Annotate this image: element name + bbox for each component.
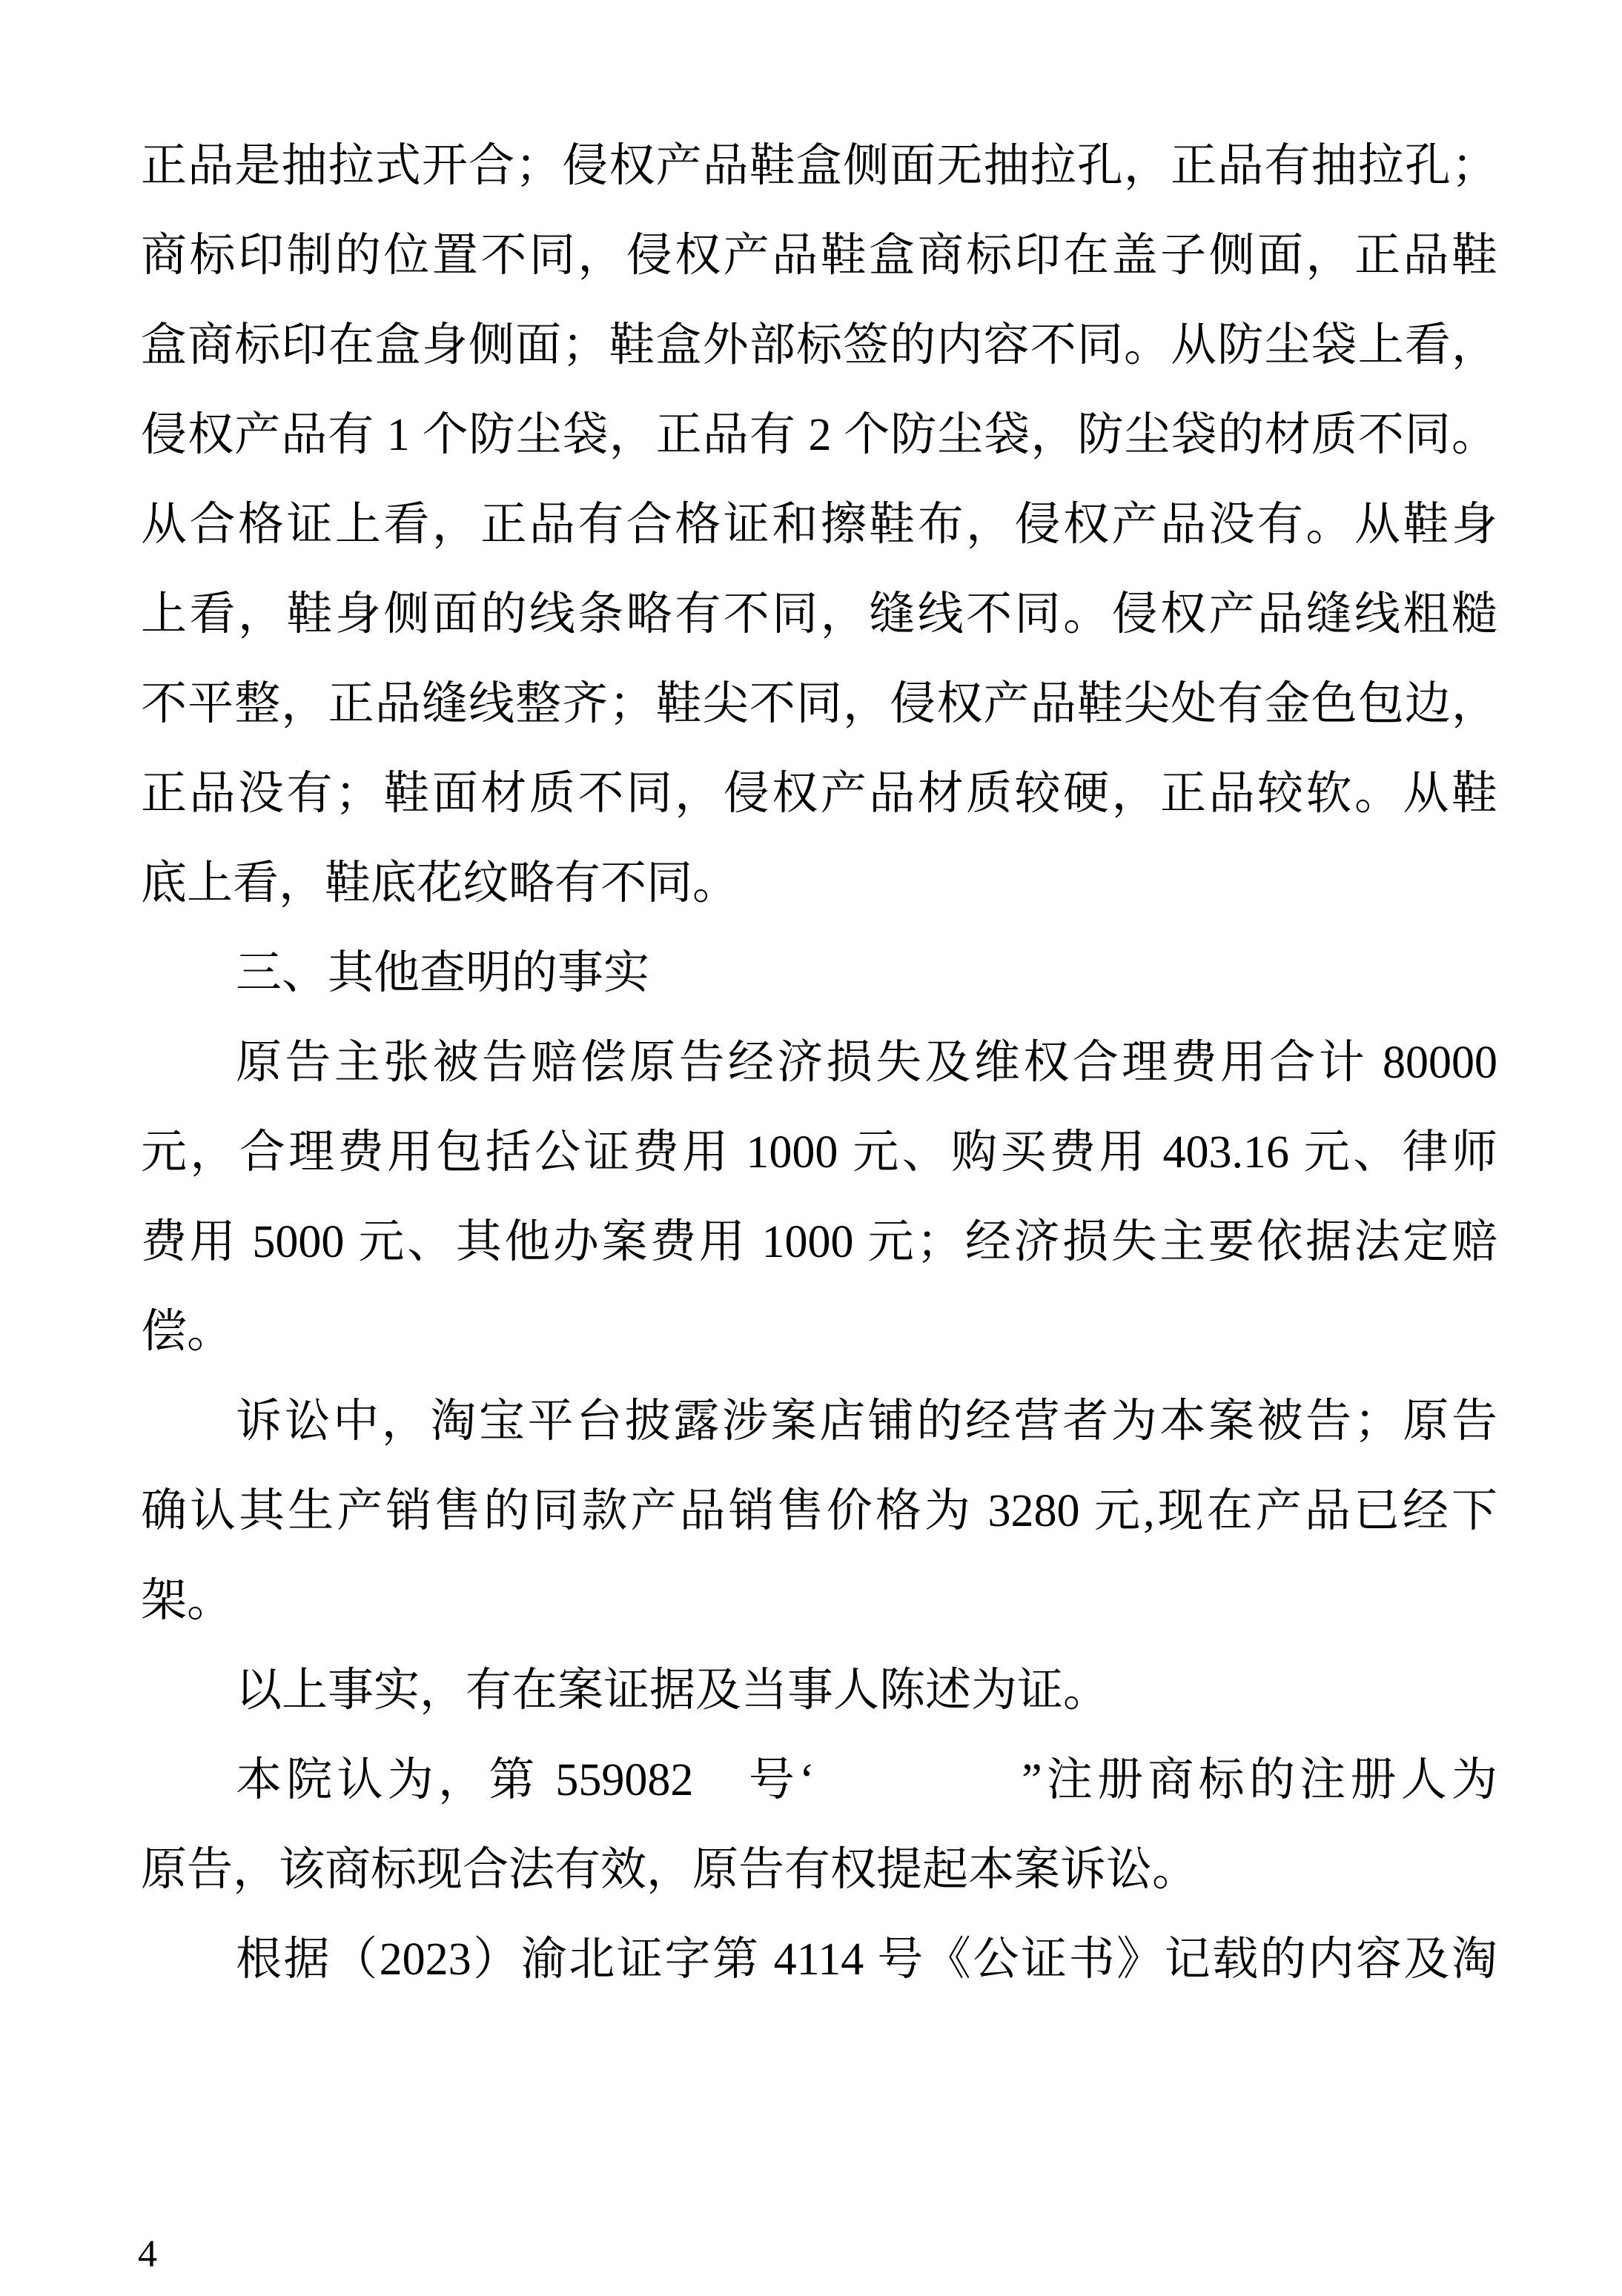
text-line: 偿。 [141,1287,1497,1377]
text-line: 上看，鞋身侧面的线条略有不同，缝线不同。侵权产品缝线粗糙 [141,570,1497,660]
text-line: 不平整，正品缝线整齐；鞋尖不同，侵权产品鞋尖处有金色包边， [141,660,1497,749]
text-line: 侵权产品有 1 个防尘袋，正品有 2 个防尘袋，防尘袋的材质不同。 [141,391,1497,480]
text-line: 盒商标印在盒身侧面；鞋盒外部标签的内容不同。从防尘袋上看， [141,301,1497,391]
text-line: 诉讼中，淘宝平台披露涉案店铺的经营者为本案被告；原告 [141,1377,1497,1467]
text-block: 正品是抽拉式开合；侵权产品鞋盒侧面无抽拉孔，正品有抽拉孔；商标印制的位置不同，侵… [141,122,1497,2005]
text-line: 以上事实，有在案证据及当事人陈述为证。 [141,1646,1497,1736]
page-number: 4 [138,2232,157,2277]
text-line: 从合格证上看，正品有合格证和擦鞋布，侵权产品没有。从鞋身 [141,480,1497,570]
text-line: 根据（2023）渝北证字第 4114 号《公证书》记载的内容及淘 [141,1915,1497,2005]
text-line: 底上看，鞋底花纹略有不同。 [141,839,1497,929]
paragraph: 以上事实，有在案证据及当事人陈述为证。 [141,1646,1497,1736]
text-line: 元，合理费用包括公证费用 1000 元、购买费用 403.16 元、律师 [141,1108,1497,1198]
paragraph: 本院认为，第 559082 号‘ ”注册商标的注册人为原告，该商标现合法有效，原… [141,1736,1497,1915]
text-line: 架。 [141,1556,1497,1646]
text-line: 本院认为，第 559082 号‘ ”注册商标的注册人为 [141,1736,1497,1825]
document-page: 正品是抽拉式开合；侵权产品鞋盒侧面无抽拉孔，正品有抽拉孔；商标印制的位置不同，侵… [0,0,1622,2296]
text-line: 费用 5000 元、其他办案费用 1000 元；经济损失主要依据法定赔 [141,1198,1497,1287]
text-line: 原告，该商标现合法有效，原告有权提起本案诉讼。 [141,1825,1497,1915]
paragraph: 根据（2023）渝北证字第 4114 号《公证书》记载的内容及淘 [141,1915,1497,2005]
paragraph: 诉讼中，淘宝平台披露涉案店铺的经营者为本案被告；原告确认其生产销售的同款产品销售… [141,1377,1497,1646]
paragraph: 正品是抽拉式开合；侵权产品鞋盒侧面无抽拉孔，正品有抽拉孔；商标印制的位置不同，侵… [141,122,1497,929]
text-line: 三、其他查明的事实 [141,929,1497,1018]
text-line: 商标印制的位置不同，侵权产品鞋盒商标印在盖子侧面，正品鞋 [141,211,1497,301]
paragraph: 原告主张被告赔偿原告经济损失及维权合理费用合计 80000元，合理费用包括公证费… [141,1018,1497,1377]
paragraph: 三、其他查明的事实 [141,929,1497,1018]
text-line: 正品是抽拉式开合；侵权产品鞋盒侧面无抽拉孔，正品有抽拉孔； [141,122,1497,211]
text-line: 确认其生产销售的同款产品销售价格为 3280 元,现在产品已经下 [141,1467,1497,1556]
text-line: 正品没有；鞋面材质不同，侵权产品材质较硬，正品较软。从鞋 [141,749,1497,839]
text-line: 原告主张被告赔偿原告经济损失及维权合理费用合计 80000 [141,1018,1497,1108]
